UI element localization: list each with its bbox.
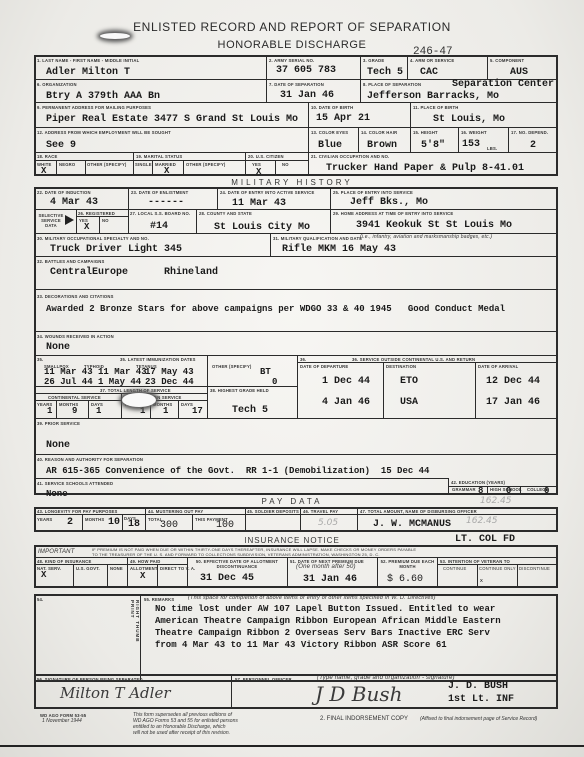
longevity-months: 10 [108, 517, 120, 528]
marital-option-other[interactable]: Other (specify) [186, 162, 226, 167]
hair-label: 14. Color hair [361, 130, 397, 135]
immunization-other-2: 0 [272, 377, 277, 388]
place-entry-value: Jeff Bks., Mo [350, 197, 428, 208]
immunization-header-other: Other (specify) [212, 364, 252, 369]
remarks-line-3: Theatre Campaign Ribbon 2 Overseas Serv … [155, 628, 490, 639]
intention-continue[interactable]: Continue [443, 566, 466, 571]
education-header-grammar: Grammar [452, 487, 476, 492]
home-address-value: 3941 Keokuk St St Louis Mo [356, 220, 512, 231]
eyes-label: 13. Color eyes [311, 130, 348, 135]
overseas-destination-2: USA [400, 397, 418, 408]
paper-damage [100, 33, 130, 39]
specialty-value: Truck Driver Light 345 [50, 244, 182, 255]
dependents-label: 17. No. depend. [511, 130, 548, 135]
active-entry-label: 24. Date of entry into active service [220, 190, 315, 195]
battles-label: 32. Battles and campaigns [37, 259, 105, 264]
race-label: 18. Race [37, 154, 57, 159]
premium-value: $ 6.60 [387, 574, 423, 585]
battles-value: CentralEurope Rhineland [50, 267, 218, 278]
thumb-print-label: RIGHT THUMB PRINT [130, 600, 140, 662]
highest-grade-label: 38. Highest grade held [210, 388, 269, 393]
premium-label: 52. Premium due each month [380, 559, 435, 569]
mustering-total: 300 [160, 520, 178, 531]
document-title: ENLISTED RECORD AND REPORT OF SEPARATION [0, 20, 584, 34]
county-label: 28. County and state [199, 211, 252, 216]
kind-mark: X [41, 570, 46, 581]
county-value: St Louis City Mo [214, 222, 310, 233]
deposits-label: 45. Soldier deposits [247, 509, 299, 514]
officer-signature: J D Bush [315, 682, 403, 706]
officer-rank: 1st Lt. INF [448, 694, 514, 705]
employment-address-value: See 9 [46, 140, 76, 151]
place-entry-label: 25. Place of entry into service [333, 190, 413, 195]
reason-value: AR 615-365 Convenience of the Govt. RR 1… [46, 466, 429, 477]
hair-value: Brown [367, 140, 397, 151]
paper-burn-hole [122, 393, 156, 407]
box54-label: 54. [37, 597, 43, 602]
copy-note: 2. FINAL INDORSEMENT COPY [320, 716, 408, 722]
immunization-typhoid-2: 1 May 44 [98, 377, 141, 388]
officer-name: J. D. BUSH [448, 681, 508, 692]
race-option-other[interactable]: Other (specify) [87, 162, 127, 167]
longevity-years-label: Years [37, 517, 52, 522]
person-signature: Milton T Adler [60, 684, 171, 702]
next-premium-value: 31 Jan 46 [303, 574, 357, 585]
remarks-hint: (This space for completion of above item… [188, 596, 436, 601]
height-value: 5'8" [421, 140, 445, 151]
decorations-label: 33. Decorations and citations [37, 294, 114, 299]
officer-signature-label: 57. Personnel officer [235, 677, 292, 682]
person-signature-label: 56. Signature of person being separated [37, 677, 143, 682]
page-bottom-edge [0, 745, 584, 747]
pencil-note: 162.45 [480, 496, 512, 506]
home-address-label: 29. Home address at time of entry into s… [333, 211, 453, 216]
how-paid-label: 49. How paid [130, 559, 160, 564]
serial-value: 37 605 783 [276, 65, 336, 76]
kind-none[interactable]: None [110, 566, 123, 571]
organization-label: 6. Organization [37, 82, 77, 87]
date-separation-value: 31 Jan 46 [280, 90, 334, 101]
immunization-smallpox-2: 26 Jul 44 [44, 377, 93, 388]
total-amount: 162.45 [466, 516, 498, 526]
copy-hint: (Affixed to final indorsement page of Se… [420, 716, 550, 722]
how-paid-mark: X [140, 571, 145, 582]
pob-value: St Louis, Mo [433, 114, 505, 125]
arrow-right-icon [65, 215, 74, 225]
longevity-months-label: Months [85, 517, 104, 522]
dob-value: 15 Apr 21 [316, 113, 370, 124]
military-history-heading: MILITARY HISTORY [0, 178, 584, 187]
component-label: 5. Component [490, 58, 524, 63]
remarks-line-1: No time lost under AW 107 Lapel Button I… [155, 604, 495, 615]
allotment-discontinuance-value: 31 Dec 45 [200, 573, 254, 584]
citizen-label: 20. U.S. Citizen [248, 154, 284, 159]
decorations-value: Awarded 2 Bronze Stars for above campaig… [46, 304, 505, 315]
name-value: Adler Milton T [46, 67, 130, 78]
overseas-header-departure: Date of departure [300, 364, 348, 369]
overseas-header-arrival: Date of arrival [478, 364, 518, 369]
ts-value-months: 9 [72, 406, 77, 417]
induction-label: 22. Date of induction [37, 190, 91, 195]
dob-label: 10. Date of birth [311, 105, 353, 110]
registered-label: 26. Registered [78, 211, 115, 216]
place-separation-line1: Separation Center [452, 79, 554, 90]
race-mark: X [41, 166, 46, 177]
insurance-heading: INSURANCE NOTICE [0, 536, 584, 545]
occupation-value: Trucker Hand Paper & Pulp 8-41.01 [326, 163, 524, 174]
registered-mark: X [84, 222, 89, 233]
total-label: 47. Total amount, name of disbursing off… [360, 509, 477, 514]
ts-value-years-f: 1 [140, 406, 145, 417]
kind-insurance-label: 48. Kind of insurance [37, 559, 91, 564]
form-date: 1 November 1944 [42, 718, 82, 724]
name-label: 1. Last name - First name - Middle initi… [37, 58, 139, 63]
weight-label: 16. Weight [461, 130, 487, 135]
remarks-label: 55. Remarks [144, 597, 174, 602]
supersedes-line-4: will not be used after receipt of this r… [133, 730, 230, 736]
weight-unit: LBS. [487, 146, 497, 151]
longevity-label: 43. Longevity for pay purposes [37, 509, 118, 514]
qualification-label: 31. Military qualification and date [273, 236, 362, 241]
education-college: 0 [544, 486, 549, 497]
intention-discontinue[interactable]: Discontinue [519, 566, 550, 571]
enlistment-label: 23. Date of enlistment [131, 190, 188, 195]
selective-service-label: Selective Service Data [38, 213, 64, 228]
ts-value-days-f: 17 [192, 406, 203, 417]
remarks-line-2: American Theatre Campaign Ribbon Europea… [155, 616, 501, 627]
highest-grade-value: Tech 5 [232, 405, 268, 416]
prior-service-value: None [46, 440, 70, 451]
weight-value: 153 [462, 139, 480, 150]
arm-label: 4. Arm or service [410, 58, 454, 63]
allotment-discontinuance-label: 50. Effective date of allotment disconti… [190, 559, 284, 569]
schools-label: 41. Service schools attended [37, 481, 113, 486]
marital-option-single[interactable]: Single [135, 162, 152, 167]
prior-service-label: 39. Prior service [37, 421, 80, 426]
grade-value: Tech 5 [367, 67, 403, 78]
organization-value: Btry A 379th AAA Bn [46, 91, 160, 102]
mustering-this-payment: 100 [216, 520, 234, 531]
date-separation-label: 7. Date of separation [269, 82, 324, 87]
immunization-number: 35. [37, 357, 43, 362]
enlistment-value: ------ [148, 197, 184, 208]
kind-us-govt[interactable]: U.S. Govt. [76, 566, 100, 571]
citizen-mark: X [256, 167, 261, 178]
immunization-label: 35. Latest immunization dates [120, 357, 196, 362]
arm-value: CAC [420, 67, 438, 78]
citizen-option-no[interactable]: No [282, 162, 289, 167]
height-label: 15. Height [413, 130, 438, 135]
immunization-tetanus-2: 23 Dec 44 [145, 377, 194, 388]
dependents-value: 2 [530, 140, 536, 151]
continental-service-label: Continental service [48, 395, 101, 400]
race-option-negro[interactable]: Negro [59, 162, 75, 167]
mustering-label: 44. Mustering out pay [148, 509, 203, 514]
marital-label: 19. Marital status [136, 154, 182, 159]
ts-value-years: 1 [47, 406, 52, 417]
component-value: AUS [510, 67, 528, 78]
education-label: 42. Education (Years) [451, 480, 505, 485]
employment-address-label: 12. Address from which employment will b… [37, 130, 171, 135]
important-label: IMPORTANT [38, 550, 75, 555]
eyes-value: Blue [318, 140, 342, 151]
next-premium-hint: (One month after 50) [296, 565, 356, 570]
active-entry-value: 11 Mar 43 [232, 198, 286, 209]
specialty-label: 30. Military occupational specialty and … [37, 236, 149, 241]
qualification-value: Rifle MKM 16 May 43 [282, 244, 396, 255]
officer-signature-hint: (Type name, grade and organization - sig… [317, 676, 455, 681]
reason-label: 40. Reason and authority for separation [37, 457, 143, 462]
ts-value-days: 1 [96, 406, 101, 417]
grade-label: 3. Grade [363, 58, 384, 63]
address-value: Piper Real Estate 3477 S Grand St Louis … [46, 114, 298, 125]
marital-mark: X [164, 166, 169, 177]
longevity-years: 2 [67, 517, 73, 528]
immunization-other-1: BT [260, 367, 271, 378]
registered-no[interactable]: No [102, 218, 109, 223]
place-separation-line2: Jefferson Barracks, Mo [367, 91, 499, 102]
intention-label: 53. Intention of veteran to [440, 559, 510, 564]
overseas-arrival-2: 17 Jan 46 [486, 397, 540, 408]
wounds-label: 34. Wounds received in action [37, 334, 114, 339]
wounds-value: None [46, 342, 70, 353]
overseas-arrival-1: 12 Dec 44 [486, 376, 540, 387]
overseas-destination-1: ETO [400, 376, 418, 387]
board-value: #14 [150, 221, 168, 232]
serial-label: 2. Army serial no. [269, 58, 314, 63]
document-subtitle: HONORABLE DISCHARGE [0, 39, 584, 51]
travel-value: 5.05 [318, 518, 338, 528]
place-separation-label: 8. Place of separation [363, 82, 421, 87]
board-label: 27. Local S.S. board no. [130, 211, 190, 216]
travel-label: 46. Travel pay [303, 509, 338, 514]
remarks-line-4: from 4 Mar 43 to 11 Mar 43 Victory Ribbo… [155, 640, 447, 651]
longevity-days: 18 [128, 519, 140, 530]
qualification-hint: (i.e., infantry, aviation and marksmansh… [360, 235, 492, 240]
pob-label: 11. Place of birth [413, 105, 458, 110]
intention-continue-only[interactable]: Continue Only [479, 566, 516, 571]
important-text-2: TO THE TREASURER OF THE U. S. AND FORWAR… [92, 552, 380, 557]
overseas-label: 36. Service outside continental U.S. and… [352, 357, 475, 362]
occupation-label: 21. Civilian occupation and no. [311, 154, 389, 159]
overseas-header-destination: Destination [386, 364, 416, 369]
discharge-document: ENLISTED RECORD AND REPORT OF SEPARATION… [0, 0, 584, 757]
overseas-number: 36. [300, 357, 306, 362]
induction-value: 4 Mar 43 [50, 197, 98, 208]
overseas-departure-2: 4 Jan 46 [322, 397, 370, 408]
address-label: 9. Permanent address for mailing purpose… [37, 105, 151, 110]
ts-value-months-f: 1 [163, 406, 168, 417]
disbursing-officer: J. W. MCMANUS [373, 519, 451, 530]
intention-mark: x [480, 578, 483, 583]
overseas-departure-1: 1 Dec 44 [322, 376, 370, 387]
